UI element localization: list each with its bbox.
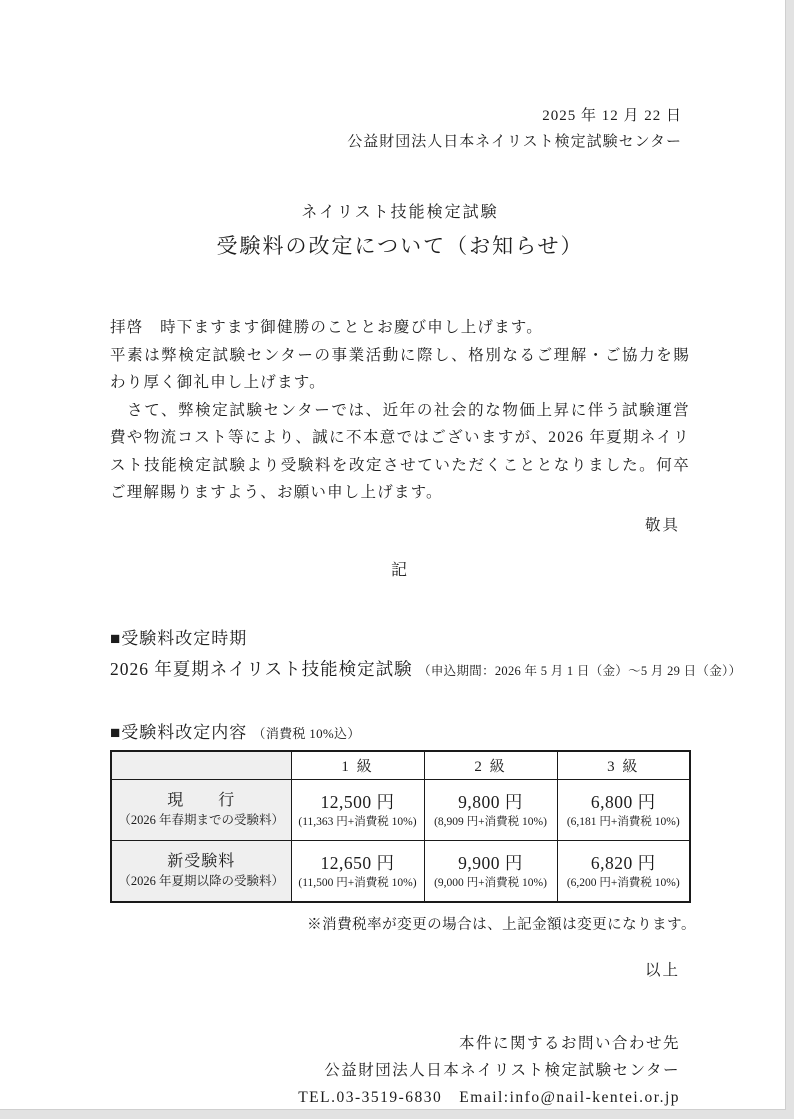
section-heading-revision-period: ■受験料改定時期 — [110, 624, 690, 649]
document-date: 2025 年 12 月 22 日 — [110, 103, 682, 129]
document-title: ネイリスト技能検定試験 受験料の改定について（お知らせ） — [110, 201, 690, 262]
title-subject: 受験料の改定について（お知らせ） — [110, 230, 690, 262]
body-paragraph-2: さて、弊検定試験センターでは、近年の社会的な物価上昇に伴う試験運営費や物流コスト… — [110, 397, 690, 507]
greeting-line: 拝啓 時下ますます御健勝のこととお慶び申し上げます。 — [110, 314, 690, 342]
fee-table: 1 級 2 級 3 級 現 行 （2026 年春期までの受験料） 12,500 … — [110, 750, 691, 903]
column-header-grade1: 1 級 — [291, 751, 424, 780]
issuing-organization: 公益財団法人日本ネイリスト検定試験センター — [110, 129, 682, 155]
fee-breakdown: (6,200 円+消費税 10%) — [558, 875, 690, 891]
revision-period-line: 2026 年夏期ネイリスト技能検定試験 （申込期間：2026 年 5 月 1 日… — [110, 656, 690, 681]
fee-breakdown: (6,181 円+消費税 10%) — [558, 814, 690, 830]
letter-body: 拝啓 時下ますます御健勝のこととお慶び申し上げます。 平素は弊検定試験センターの… — [110, 314, 690, 507]
fee-cell-new-grade2: 9,900 円 (9,000 円+消費税 10%) — [424, 840, 557, 902]
fee-cell-current-grade1: 12,500 円 (11,363 円+消費税 10%) — [291, 779, 424, 840]
row-header-new: 新受験料 （2026 年夏期以降の受験料） — [111, 840, 291, 902]
fee-table-corner-cell — [111, 751, 291, 780]
column-header-grade3: 3 級 — [557, 751, 690, 780]
fee-amount: 6,820 円 — [558, 851, 690, 875]
fee-table-header-row: 1 級 2 級 3 級 — [111, 751, 690, 780]
row-sublabel-new: （2026 年夏期以降の受験料） — [112, 873, 291, 890]
row-sublabel-current: （2026 年春期までの受験料） — [112, 812, 291, 829]
fee-table-row-new: 新受験料 （2026 年夏期以降の受験料） 12,650 円 (11,500 円… — [111, 840, 690, 902]
fee-amount: 9,800 円 — [425, 790, 557, 814]
row-header-current: 現 行 （2026 年春期までの受験料） — [111, 779, 291, 840]
document-page: 2025 年 12 月 22 日 公益財団法人日本ネイリスト検定試験センター ネ… — [0, 0, 786, 1110]
contact-block: 本件に関するお問い合わせ先 公益財団法人日本ネイリスト検定試験センター TEL.… — [110, 1030, 690, 1111]
fee-breakdown: (8,909 円+消費税 10%) — [425, 814, 557, 830]
fee-table-row-current: 現 行 （2026 年春期までの受験料） 12,500 円 (11,363 円+… — [111, 779, 690, 840]
exam-name: 2026 年夏期ネイリスト技能検定試験 — [110, 659, 413, 679]
fee-breakdown: (11,500 円+消費税 10%) — [292, 875, 424, 891]
row-label-current: 現 行 — [112, 790, 291, 812]
section-heading-revision-content: ■受験料改定内容 （消費税 10%込） — [110, 718, 690, 743]
application-period: （申込期間：2026 年 5 月 1 日（金）～5 月 29 日（金）） — [418, 664, 741, 678]
tax-included-note: （消費税 10%込） — [253, 726, 361, 741]
revision-content-heading: ■受験料改定内容 — [110, 723, 247, 742]
fee-cell-current-grade3: 6,800 円 (6,181 円+消費税 10%) — [557, 779, 690, 840]
fee-cell-current-grade2: 9,800 円 (8,909 円+消費税 10%) — [424, 779, 557, 840]
row-label-new: 新受験料 — [112, 851, 291, 873]
fee-amount: 12,500 円 — [292, 790, 424, 814]
column-header-grade2: 2 級 — [424, 751, 557, 780]
fee-cell-new-grade3: 6,820 円 (6,200 円+消費税 10%) — [557, 840, 690, 902]
record-marker: 記 — [110, 557, 690, 580]
contact-tel-email: TEL.03-3519-6830 Email:info@nail-kentei.… — [110, 1084, 680, 1111]
contact-heading: 本件に関するお問い合わせ先 — [110, 1030, 680, 1057]
fee-cell-new-grade1: 12,650 円 (11,500 円+消費税 10%) — [291, 840, 424, 902]
fee-amount: 9,900 円 — [425, 851, 557, 875]
tax-change-note: ※消費税率が変更の場合は、上記金額は変更になります。 — [110, 913, 696, 934]
closing-salutation: 敬具 — [110, 513, 690, 535]
fee-amount: 6,800 円 — [558, 790, 690, 814]
end-marker: 以上 — [110, 958, 690, 980]
contact-organization: 公益財団法人日本ネイリスト検定試験センター — [110, 1057, 680, 1084]
fee-breakdown: (9,000 円+消費税 10%) — [425, 875, 557, 891]
fee-breakdown: (11,363 円+消費税 10%) — [292, 814, 424, 830]
document-content: 2025 年 12 月 22 日 公益財団法人日本ネイリスト検定試験センター ネ… — [110, 0, 690, 1111]
fee-amount: 12,650 円 — [292, 851, 424, 875]
document-header: 2025 年 12 月 22 日 公益財団法人日本ネイリスト検定試験センター — [110, 103, 690, 155]
title-exam-name: ネイリスト技能検定試験 — [110, 201, 690, 225]
body-paragraph-1: 平素は弊検定試験センターの事業活動に際し、格別なるご理解・ご協力を賜わり厚く御礼… — [110, 342, 690, 397]
